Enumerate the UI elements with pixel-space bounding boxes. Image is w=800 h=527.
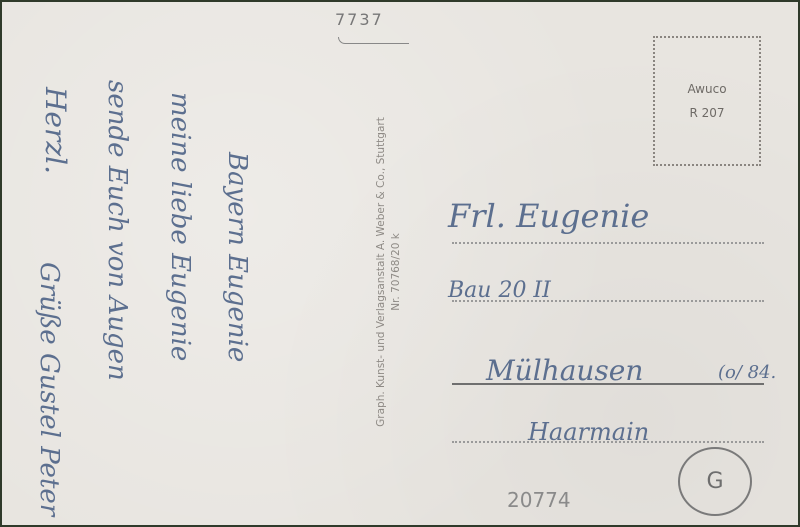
address-recipient: Frl. Eugenie	[448, 197, 649, 235]
address-strike-line	[452, 383, 764, 385]
pencil-note: 20774	[507, 488, 571, 512]
message-column-3: sende Euch von Augen	[102, 80, 132, 381]
circled-mark: G	[678, 447, 752, 516]
publisher-name: Graph. Kunst- und Verlagsanstalt A. Webe…	[374, 117, 389, 427]
publisher-number: Nr. 70768/20 k	[389, 117, 404, 427]
catalog-number-underline	[338, 37, 409, 44]
address-line-4	[452, 441, 764, 443]
message-column-4: Grüße Gustel Peter	[34, 262, 64, 516]
message-column-5: Herzl.	[39, 87, 72, 174]
stamp-box-code: R 207	[689, 106, 724, 120]
message-column-1: Bayern Eugenie	[222, 152, 252, 362]
address-city-note: (o/ 84.	[718, 362, 776, 383]
publisher-imprint: Graph. Kunst- und Verlagsanstalt A. Webe…	[374, 117, 404, 427]
stamp-box: Awuco R 207	[653, 36, 761, 166]
message-column-2: meine liebe Eugenie	[165, 92, 195, 361]
catalog-number: 7737	[335, 10, 384, 29]
stamp-box-brand: Awuco	[687, 82, 726, 96]
postcard-back: 7737 Awuco R 207 Graph. Kunst- und Verla…	[2, 2, 798, 525]
address-line-2	[452, 300, 764, 302]
address-line-1	[452, 242, 764, 244]
circled-mark-letter: G	[706, 469, 723, 494]
